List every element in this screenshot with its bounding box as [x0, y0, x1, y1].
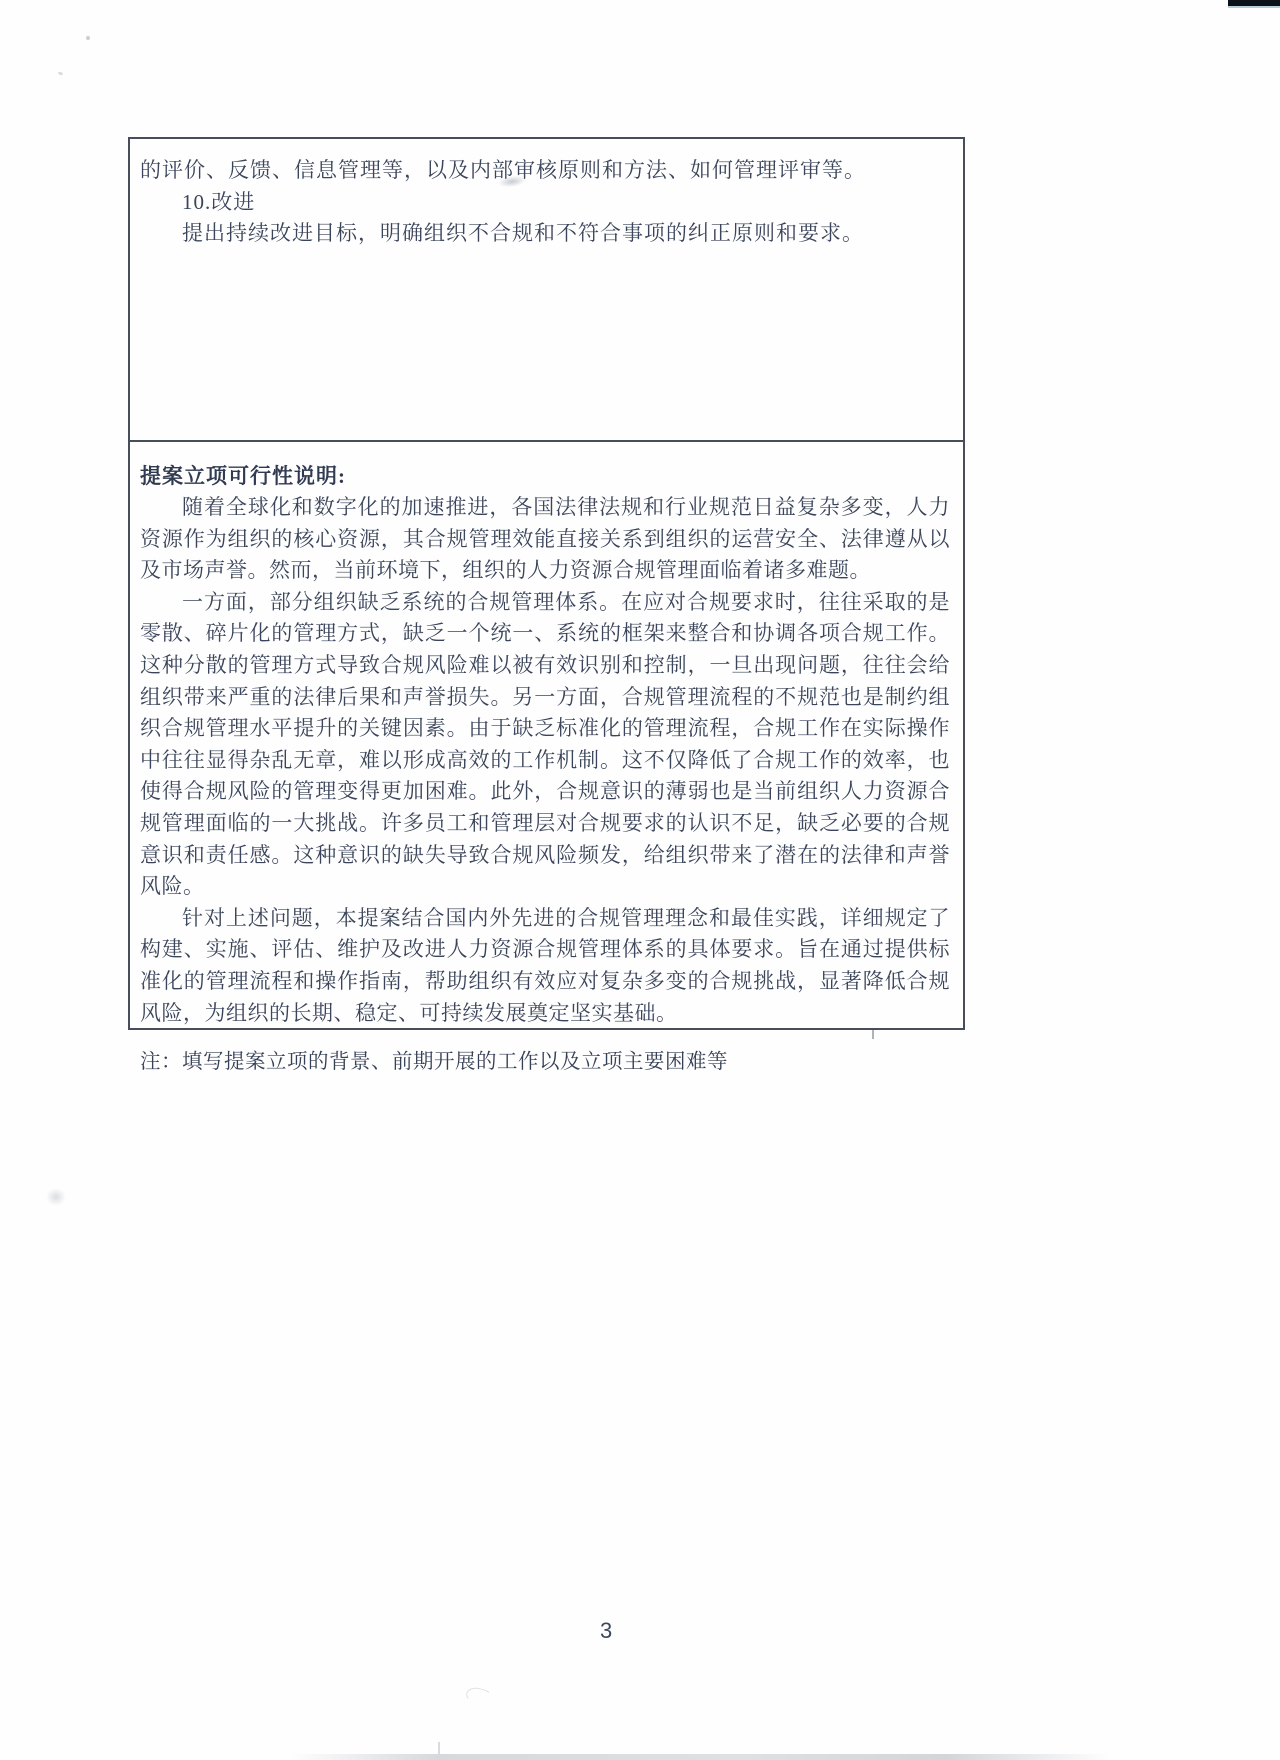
feasibility-paragraph-1: 随着全球化和数字化的加速推进，各国法律法规和行业规范日益复杂多变，人力资源作为组… [140, 492, 950, 587]
feasibility-section-heading: 提案立项可行性说明: [140, 460, 950, 492]
continuation-text-line: 的评价、反馈、信息管理等，以及内部审核原则和方法、如何管理评审等。 [140, 155, 949, 187]
page-number: 3 [600, 1618, 612, 1644]
scan-artifact-corner-bar [1228, 0, 1280, 8]
table-row-feasibility-section: 提案立项可行性说明: 随着全球化和数字化的加速推进，各国法律法规和行业规范日益复… [130, 442, 963, 1030]
scan-artifact-smudge [464, 1685, 491, 1706]
scan-artifact-speck [58, 71, 64, 76]
form-footnote: 注：填写提案立项的背景、前期开展的工作以及立项主要困难等 [140, 1047, 950, 1079]
scan-artifact-tick [438, 1742, 440, 1754]
item-number-10-improvement: 10.改进 [140, 187, 949, 219]
table-row-improvement-section: 的评价、反馈、信息管理等，以及内部审核原则和方法、如何管理评审等。 10.改进 … [130, 139, 963, 442]
scan-artifact-bottom-band [290, 1754, 1110, 1760]
feasibility-paragraph-2: 一方面，部分组织缺乏系统的合规管理体系。在应对合规要求时，往往采取的是零散、碎片… [140, 587, 950, 903]
scan-artifact-smudge [46, 1188, 66, 1206]
feasibility-paragraph-3: 针对上述问题，本提案结合国内外先进的合规管理理念和最佳实践，详细规定了构建、实施… [140, 903, 950, 1029]
scan-artifact-speck [86, 36, 90, 40]
scan-artifact-tick [872, 1030, 874, 1039]
scanned-document-page: 的评价、反馈、信息管理等，以及内部审核原则和方法、如何管理评审等。 10.改进 … [0, 0, 1280, 1760]
proposal-form-table: 的评价、反馈、信息管理等，以及内部审核原则和方法、如何管理评审等。 10.改进 … [128, 137, 965, 1030]
item-10-description: 提出持续改进目标，明确组织不合规和不符合事项的纠正原则和要求。 [140, 218, 949, 250]
